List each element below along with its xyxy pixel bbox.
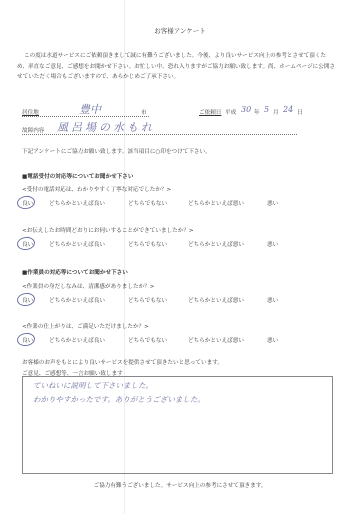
question-finish-quality: <作業の仕上がりは、ご満足いただけましたか？>	[22, 322, 149, 330]
option-good[interactable]: 良い	[22, 336, 33, 344]
request-date-field[interactable]: ご依頼日 平成 30 年 5 月 24 日	[199, 104, 311, 116]
document-title: お客様アンケート	[0, 26, 360, 35]
comment-line-2: わかりやすかったです。ありがとうございました。	[33, 394, 205, 405]
fault-label: 故障内容	[22, 126, 44, 134]
options-phone-response: 良い どちらかといえば良い どちらでもない どちらかといえば悪い 悪い	[22, 199, 322, 209]
residence-value: 豊中	[79, 101, 101, 117]
era-label: 平成	[225, 108, 236, 116]
fault-value: 風呂場の水もれ	[57, 119, 155, 135]
residence-suffix: 市	[141, 108, 147, 116]
option-somewhat-good[interactable]: どちらかといえば良い	[49, 199, 105, 207]
option-somewhat-bad[interactable]: どちらかといえば悪い	[188, 336, 244, 344]
fault-field[interactable]: 故障内容 風呂場の水もれ	[22, 121, 297, 135]
option-good[interactable]: 良い	[22, 296, 33, 304]
option-neutral[interactable]: どちらでもない	[128, 240, 167, 248]
option-neutral[interactable]: どちらでもない	[128, 336, 167, 344]
request-date-label: ご依頼日	[199, 108, 221, 116]
year-value: 30	[241, 105, 251, 114]
day-unit: 日	[297, 108, 303, 116]
option-somewhat-good[interactable]: どちらかといえば良い	[49, 240, 105, 248]
options-finish-quality: 良い どちらかといえば良い どちらでもない どちらかといえば悪い 悪い	[22, 336, 322, 346]
option-bad[interactable]: 悪い	[267, 240, 278, 248]
intro-paragraph: この度は水道サービスにご依頼頂きまして誠に有難うございました。今後、より良いサー…	[17, 51, 337, 83]
residence-label: 居住地	[22, 108, 39, 116]
option-somewhat-bad[interactable]: どちらかといえば悪い	[188, 240, 244, 248]
option-bad[interactable]: 悪い	[267, 336, 278, 344]
question-appearance: <作業員の身だしなみは、清潔感がありましたか？>	[22, 282, 154, 290]
comment-line-1: ていねいに説明して下さいました。	[33, 380, 153, 391]
comment-prompt-1: お客様のお声をもとにより良いサービスを提供させて頂きたいと思っています。	[22, 358, 223, 366]
option-bad[interactable]: 悪い	[267, 199, 278, 207]
question-phone-response: <受付の電話対応は、わかりやすく丁寧な対応でしたか？>	[22, 185, 171, 193]
option-neutral[interactable]: どちらでもない	[128, 199, 167, 207]
day-value: 24	[283, 105, 293, 114]
options-appearance: 良い どちらかといえば良い どちらでもない どちらかといえば悪い 悪い	[22, 296, 322, 306]
comment-box[interactable]: ていねいに説明して下さいました。 わかりやすかったです。ありがとうございました。	[22, 376, 333, 474]
option-good[interactable]: 良い	[22, 240, 33, 248]
option-neutral[interactable]: どちらでもない	[128, 296, 167, 304]
residence-field[interactable]: 居住地 豊中 市	[22, 104, 149, 117]
instruction-text: 下記アンケートにご協力お願い致します。該当項目に○印をつけて下さい。	[22, 147, 211, 155]
month-unit: 月	[273, 108, 279, 116]
section-heading-staff: ■作業員の対応等についてお聞かせ下さい	[22, 268, 128, 276]
section-heading-phone: ■電話受付の対応等についてお聞かせ下さい	[22, 172, 133, 180]
year-unit: 年	[254, 108, 260, 116]
option-somewhat-bad[interactable]: どちらかといえば悪い	[188, 296, 244, 304]
option-good[interactable]: 良い	[22, 199, 33, 207]
option-somewhat-bad[interactable]: どちらかといえば悪い	[188, 199, 244, 207]
option-somewhat-good[interactable]: どちらかといえば良い	[49, 296, 105, 304]
option-bad[interactable]: 悪い	[267, 296, 278, 304]
options-arrival-time: 良い どちらかといえば良い どちらでもない どちらかといえば悪い 悪い	[22, 240, 322, 250]
month-value: 5	[264, 105, 269, 114]
question-arrival-time: <お伝えしたお時間どおりにお伺いすることができていましたか？>	[22, 226, 194, 234]
option-somewhat-good[interactable]: どちらかといえば良い	[49, 336, 105, 344]
footer-thanks: ご協力有難うございました。サービス向上の参考にさせて頂きます。	[0, 481, 360, 489]
